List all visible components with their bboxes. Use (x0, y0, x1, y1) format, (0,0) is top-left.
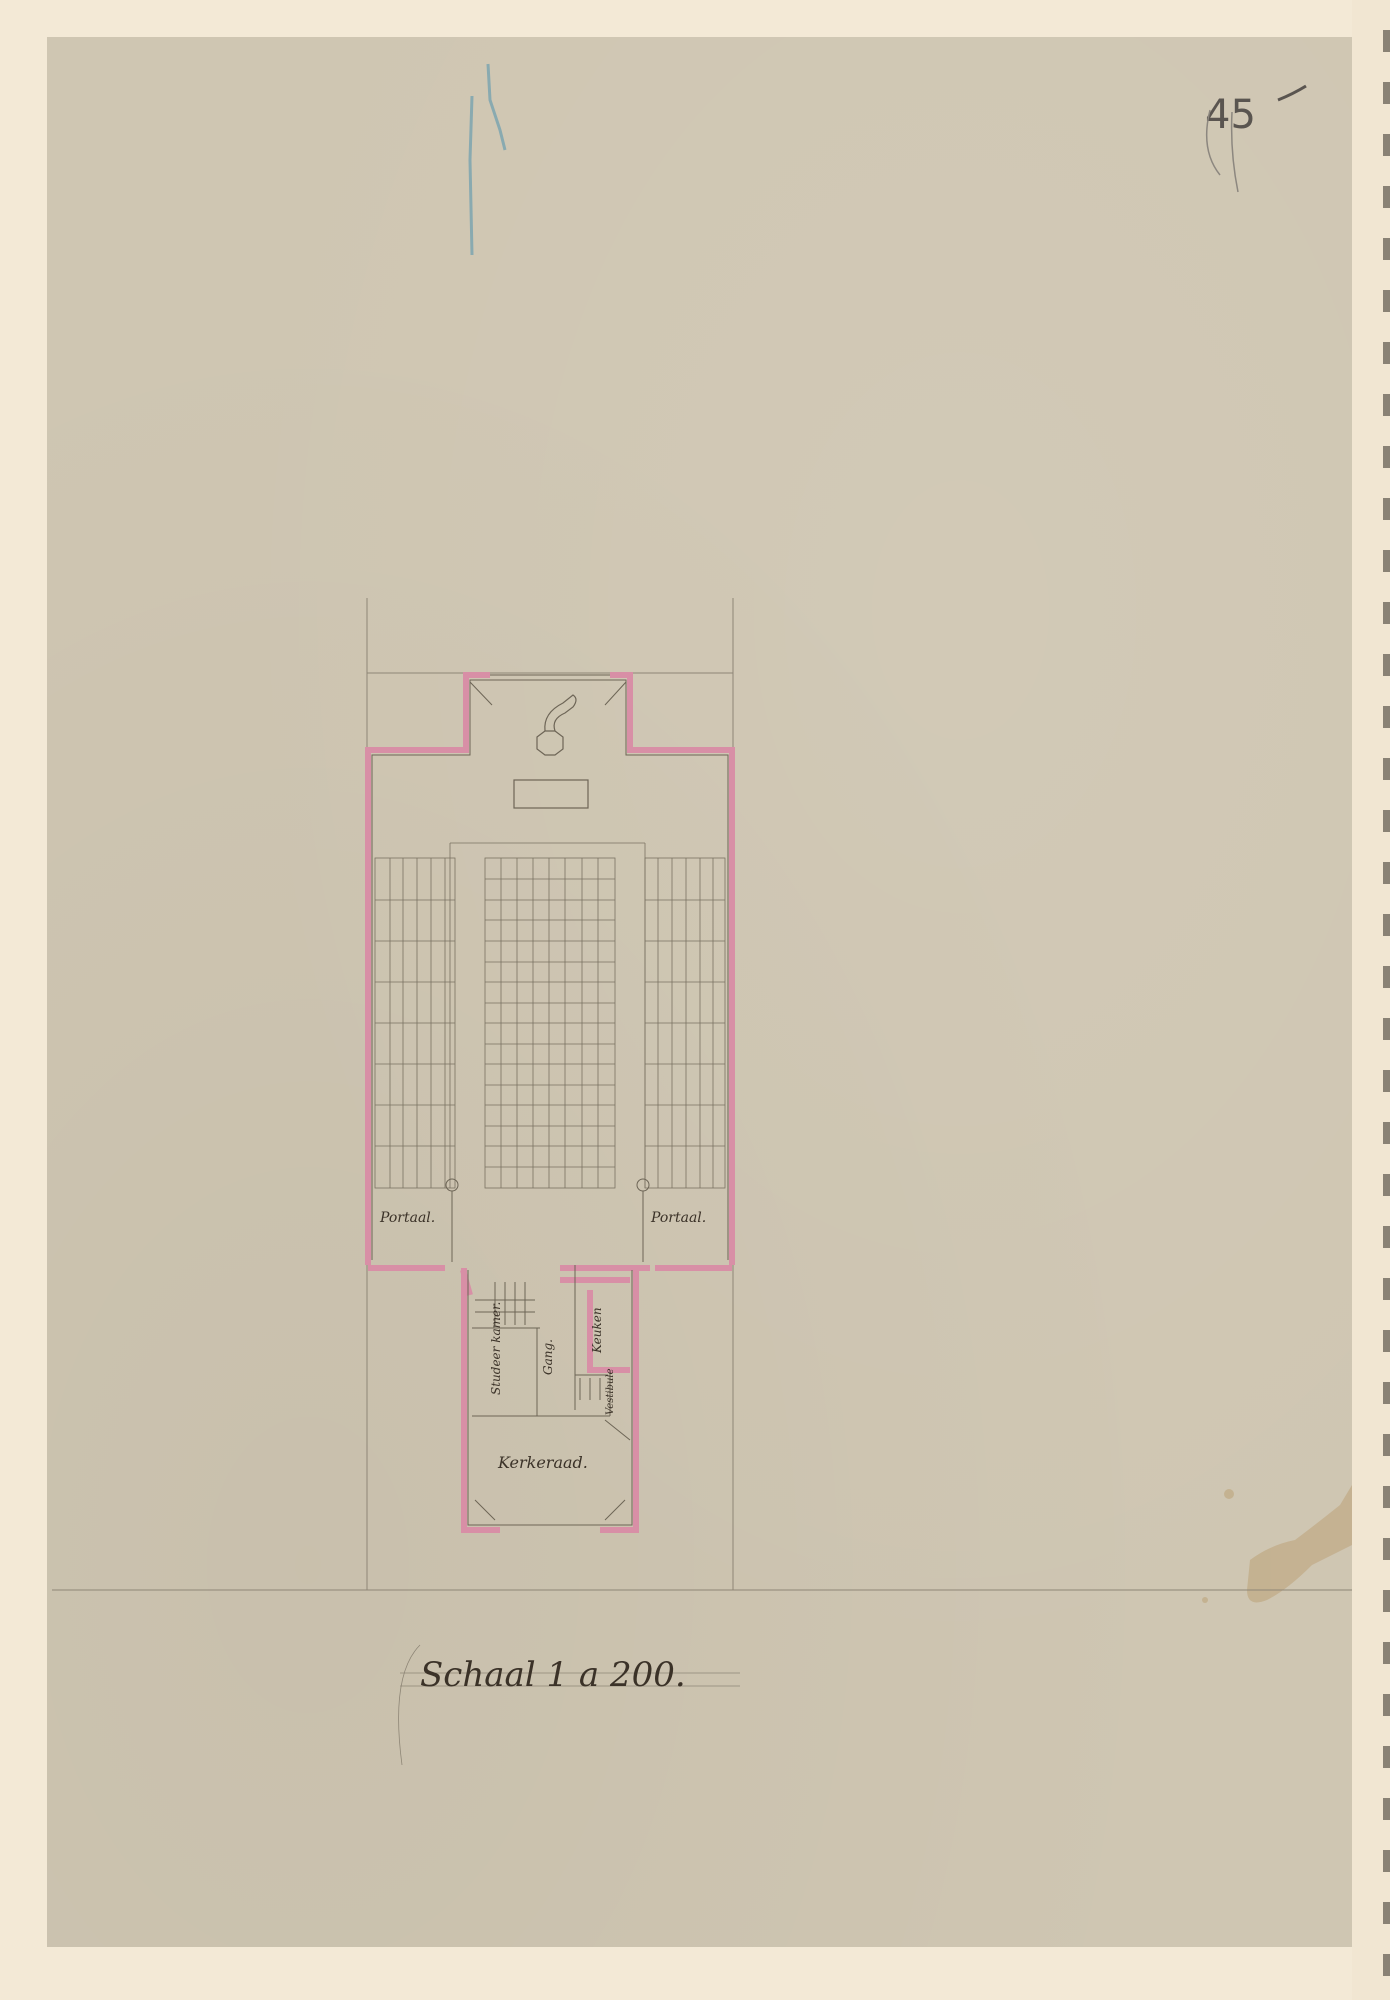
pews-center (450, 843, 645, 1188)
floor-plan-drawing: 45 (0, 0, 1390, 2000)
blue-mark (470, 64, 505, 255)
room-label-portaal-right: Portaal. (650, 1210, 706, 1226)
columns (446, 1179, 649, 1262)
main-hall-walls (368, 675, 732, 1268)
room-label-gang: Gang. (541, 1339, 555, 1375)
pews-left (375, 858, 455, 1188)
room-label-portaal-left: Portaal. (379, 1210, 435, 1226)
room-label-kerkeraad: Kerkeraad. (497, 1453, 588, 1472)
catalog-number: 45 (1205, 86, 1306, 192)
scale-caption: Schaal 1 a 200. (399, 1645, 740, 1765)
main-hall-pencil (372, 675, 728, 1260)
pews-right (645, 858, 725, 1188)
pulpit (537, 695, 576, 755)
svg-text:45: 45 (1205, 92, 1256, 138)
room-label-studeerkamer: Studeer kamer. (489, 1302, 503, 1395)
room-label-keuken: Keuken (590, 1307, 604, 1354)
communion-table (514, 780, 588, 808)
water-stain (1202, 1485, 1352, 1603)
svg-text:Schaal 1 a 200.: Schaal 1 a 200. (420, 1655, 686, 1695)
room-label-vestibule: Vestibule (605, 1368, 616, 1415)
construction-lines (52, 598, 1352, 1590)
